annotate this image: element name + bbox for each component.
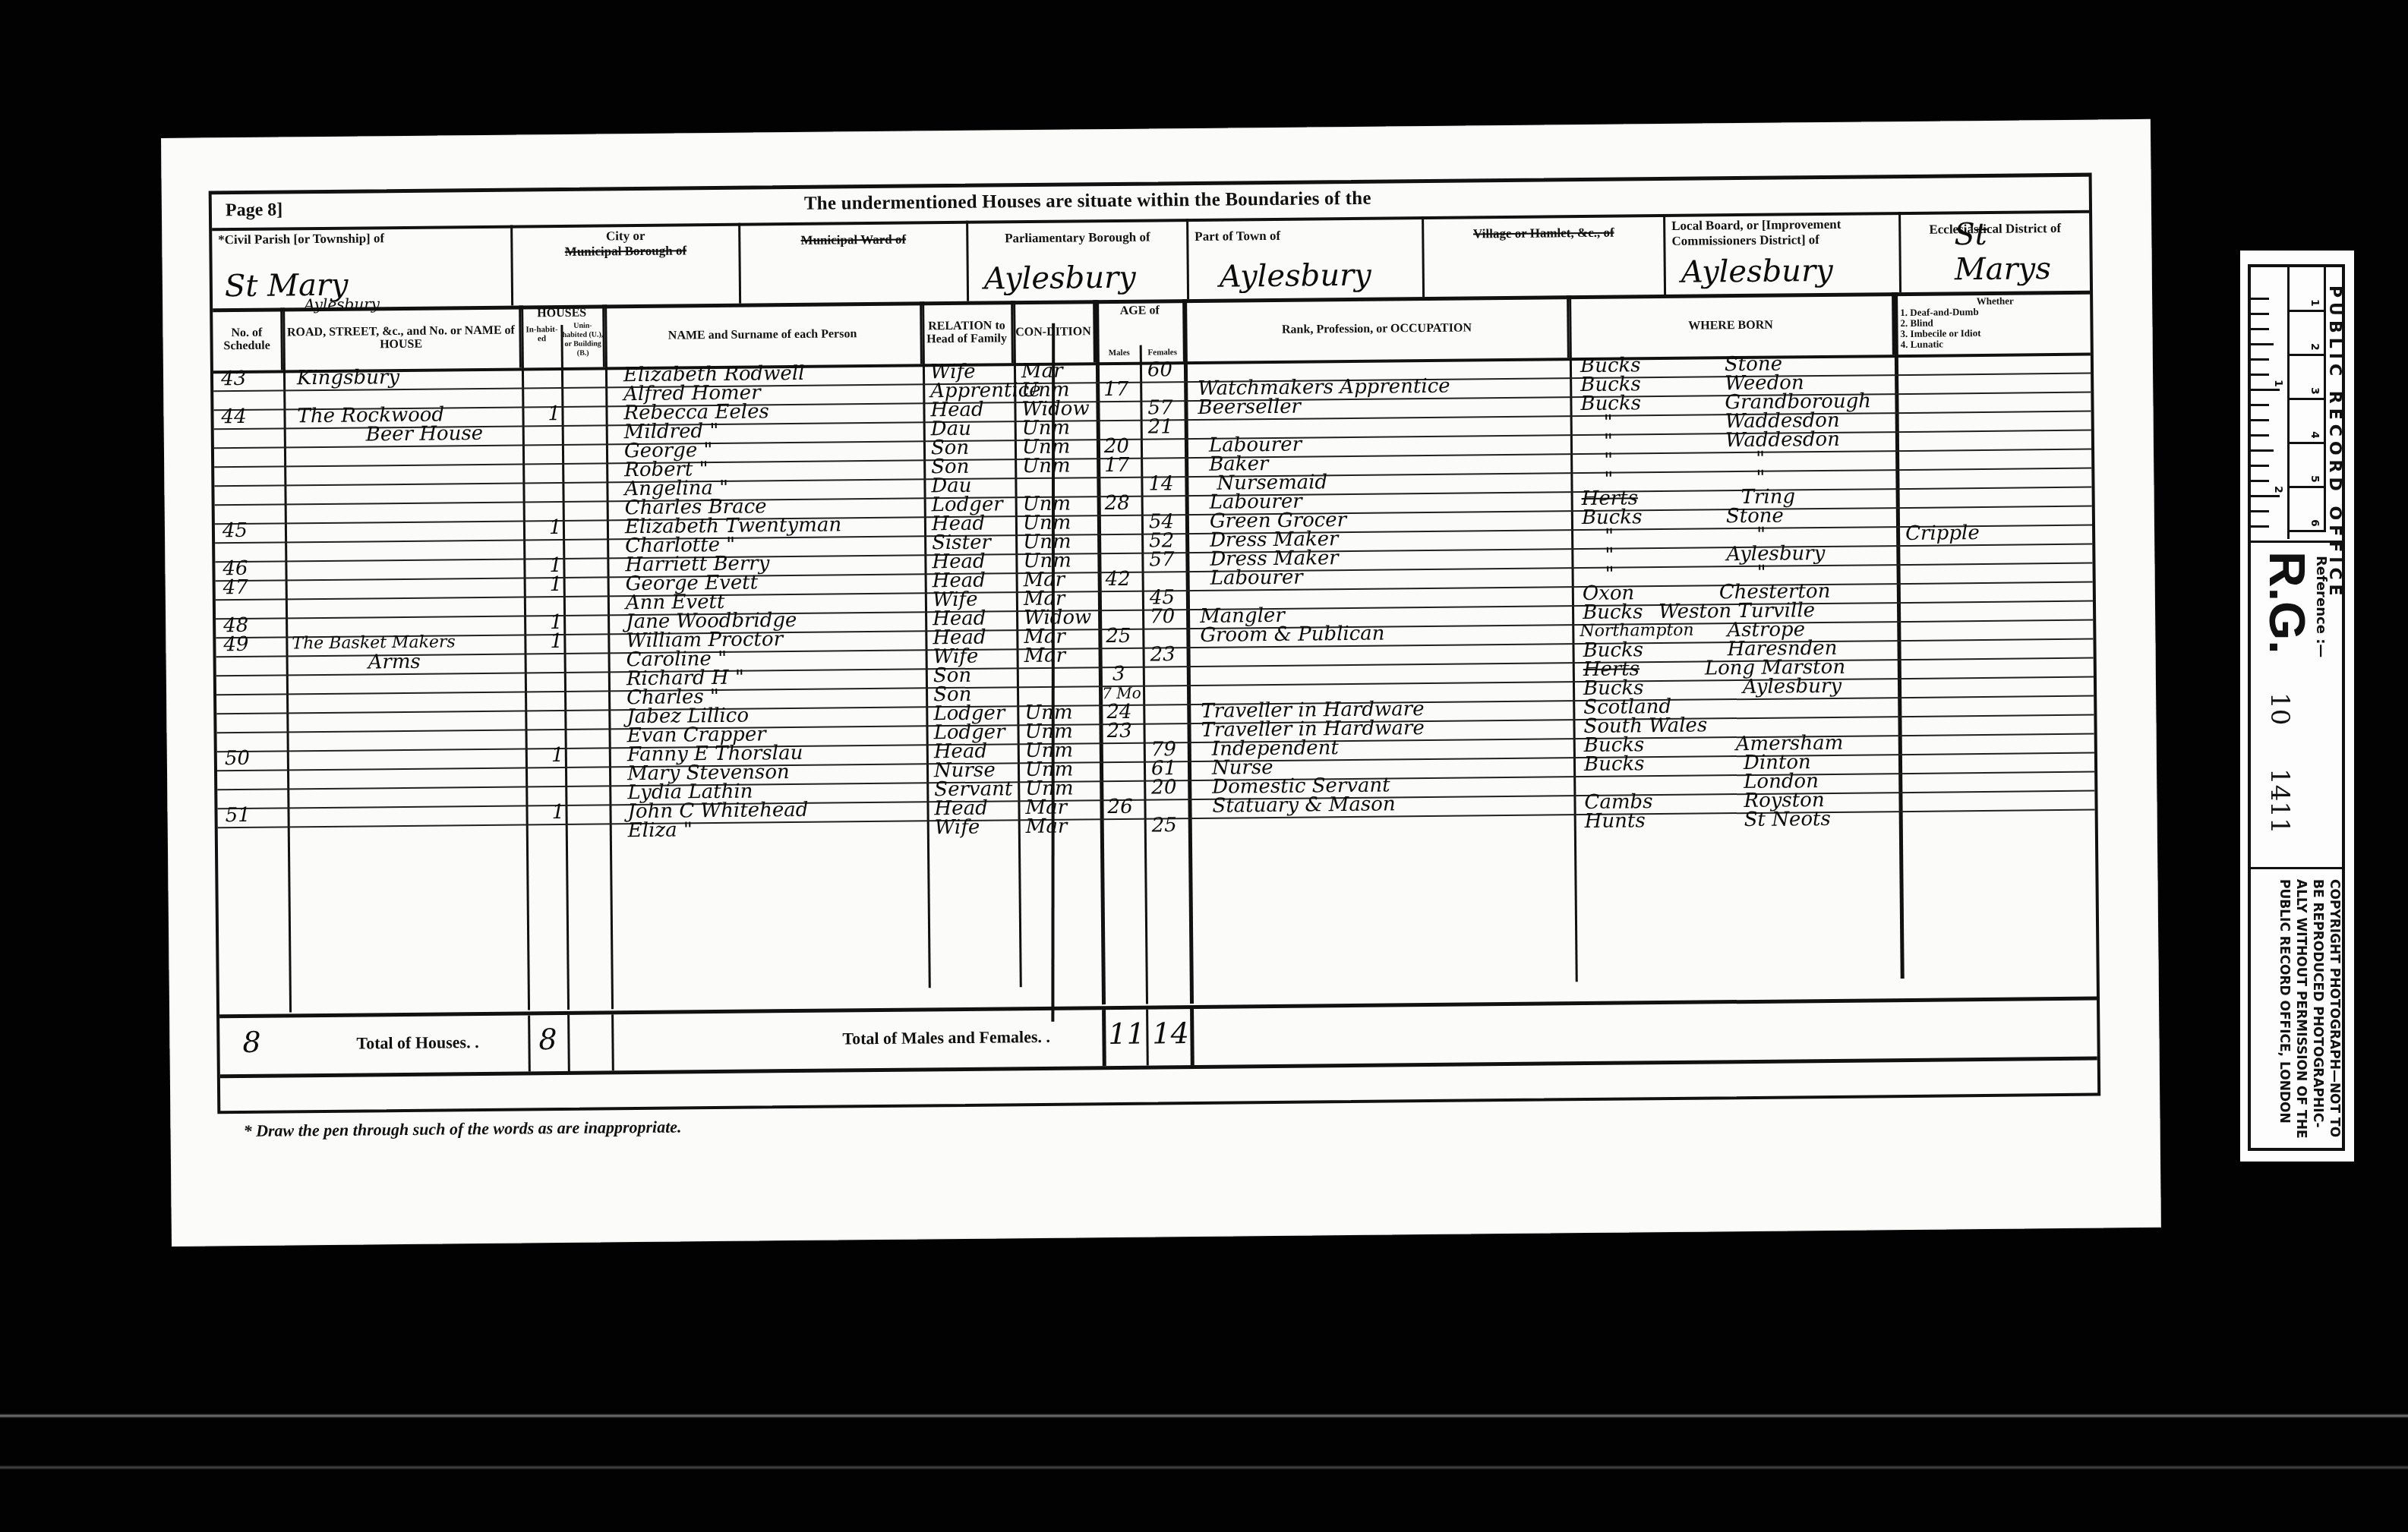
age-female: 20 — [1151, 776, 1176, 799]
municipal-borough-label: Municipal Borough of — [513, 243, 738, 260]
condition: Mar — [1026, 815, 1068, 839]
houses-label: HOUSES — [537, 307, 586, 320]
schedule-number: 49 — [223, 633, 248, 656]
record-class: R.G. — [2258, 551, 2316, 654]
road-name: Beer House — [366, 422, 484, 446]
ruler-box: 4 — [2289, 399, 2326, 444]
scan-artifact — [0, 1414, 2408, 1418]
ruler: 1 2 — [2251, 267, 2290, 539]
local-board-label-2: Commissioners District] of — [1671, 232, 1819, 248]
age-female: 14 — [1148, 472, 1173, 495]
occupation: Beerseller — [1198, 396, 1301, 419]
col-uninhabited: Unin-habited (U.), or Building (B.) — [562, 321, 603, 358]
pen-stroke — [1051, 323, 1055, 1022]
schedule-number: 43 — [221, 367, 246, 390]
divider — [2251, 867, 2342, 869]
inhabited-count: 1 — [551, 744, 564, 767]
schedule-number: 47 — [223, 576, 248, 599]
record-series: 10 — [2264, 692, 2295, 725]
infirmity-option-1: 1. Deaf-and-Dumb — [1900, 307, 1978, 318]
birth-county: Bucks — [1584, 752, 1645, 776]
occupation: Statuary & Mason — [1212, 793, 1395, 817]
person-name: Eliza " — [628, 818, 693, 842]
ruler-box: 5 — [2289, 443, 2326, 488]
col-where-born: WHERE BORN — [1569, 292, 1896, 358]
ruler-box: 6 — [2289, 487, 2326, 532]
age-male: 42 — [1105, 568, 1130, 591]
totals-row: 8 Total of Houses. . 8 Total of Males an… — [219, 997, 2097, 1079]
inch-mark: 1 — [2272, 380, 2284, 387]
col-condition: CON-DITION — [1013, 300, 1097, 363]
ruler-box: 1 — [2289, 267, 2326, 312]
civil-parish-field: *Civil Parish [or Township] of St Mary A… — [212, 225, 513, 309]
birth-parish: Stone — [1726, 505, 1784, 528]
household-rows: 43 Kingsbury Elizabeth Rodwell Wife Mar … — [213, 353, 2095, 846]
age-female: 21 — [1148, 415, 1173, 438]
village-field: Village or Hamlet, &c., of — [1424, 214, 1666, 297]
divider — [2251, 541, 2342, 543]
total-schedules: 8 — [242, 1026, 261, 1059]
local-board-value: Aylesbury — [1681, 254, 1833, 290]
office-title: PUBLIC RECORD OFFICE — [2325, 285, 2344, 601]
rule — [528, 1015, 531, 1071]
parliamentary-borough-field: Parliamentary Borough of Aylesbury — [968, 219, 1189, 301]
age-male: 17 — [1103, 378, 1128, 401]
infirmity: Cripple — [1905, 522, 1980, 545]
total-persons-label: Total of Males and Females. . — [842, 1027, 1050, 1049]
age-male: 25 — [1106, 625, 1131, 648]
copyright-notice: COPYRIGHT PHOTOGRAPH—NOT TO BE REPRODUCE… — [2257, 879, 2342, 1146]
age-male: 26 — [1107, 796, 1132, 818]
inhabited-count: 1 — [549, 516, 562, 539]
footnote: * Draw the pen through such of the words… — [243, 1117, 681, 1141]
birth-parish: Aylesbury — [1743, 675, 1842, 698]
age-female: 57 — [1149, 548, 1174, 571]
age-label: AGE of — [1120, 304, 1160, 317]
schedule-number: 45 — [222, 519, 248, 542]
condition: Mar — [1024, 645, 1065, 668]
ruler-box: 2 — [2289, 311, 2326, 356]
road-name: Kingsbury — [297, 366, 399, 389]
age-female: 23 — [1150, 643, 1175, 666]
relation: Wife — [935, 816, 980, 840]
col-inhabited: In-habit-ed — [522, 325, 560, 343]
town-label: Part of Town of — [1195, 229, 1280, 244]
total-males: 11 — [1108, 1017, 1145, 1051]
schedule-number: 44 — [221, 405, 246, 428]
inhabited-count: 1 — [548, 402, 560, 425]
col-occupation: Rank, Profession, or OCCUPATION — [1186, 295, 1570, 361]
ecclesiastical-district-value: St Marys — [1954, 216, 2090, 288]
birth-parish: Aylesbury — [1726, 542, 1825, 566]
inch-mark: 2 — [2272, 486, 2284, 493]
col-schedule: No. of Schedule — [213, 307, 283, 370]
occupation: Labourer — [1210, 566, 1302, 590]
age-female: 70 — [1150, 605, 1175, 628]
condition: Unm — [1022, 455, 1071, 478]
city-label: City or — [513, 228, 738, 244]
age-male: 23 — [1106, 720, 1131, 742]
rule — [611, 1014, 614, 1070]
age-male: 28 — [1105, 492, 1130, 515]
schedule-number: 51 — [225, 804, 250, 827]
inhabited-count: 1 — [550, 630, 563, 653]
total-houses: 8 — [538, 1023, 557, 1056]
col-infirmity: Whether 1. Deaf-and-Dumb 2. Blind 3. Imb… — [1895, 291, 2091, 355]
rule — [1102, 1010, 1106, 1066]
parliamentary-borough-value: Aylesbury — [984, 260, 1136, 297]
local-board-field: Local Board, or [Improvement Commissione… — [1665, 212, 1901, 295]
town-field: Part of Town of Aylesbury — [1188, 216, 1425, 299]
census-form: Page 8] The undermentioned Houses are si… — [209, 173, 2101, 1114]
census-sheet: Page 8] The undermentioned Houses are si… — [161, 119, 2161, 1247]
road-name: Arms — [368, 651, 420, 674]
infirmity-option-4: 4. Lunatic — [1901, 339, 1943, 350]
rule — [1146, 1010, 1149, 1066]
municipal-ward-label: Municipal Ward of — [740, 232, 966, 248]
schedule-number: 50 — [225, 747, 250, 770]
record-piece: 1411 — [2264, 768, 2295, 834]
col-females: Females — [1141, 348, 1184, 358]
inhabited-count: 1 — [551, 801, 564, 824]
birth-parish: Waddesdon — [1725, 428, 1840, 452]
reference-card-frame: 1 2 1 2 3 4 5 6 PUBLIC RECORD OFFICE Ref… — [2248, 264, 2345, 1151]
town-value: Aylesbury — [1220, 258, 1371, 295]
local-board-label-1: Local Board, or [Improvement — [1671, 217, 1841, 233]
municipal-ward-field: Municipal Ward of — [740, 221, 969, 304]
col-relation: RELATION to Head of Family — [922, 301, 1014, 364]
total-females: 14 — [1152, 1017, 1189, 1050]
col-males: Males — [1099, 348, 1140, 358]
age-female: 60 — [1147, 358, 1172, 381]
parliamentary-borough-label: Parliamentary Borough of — [968, 229, 1186, 246]
occupation: Groom & Publican — [1200, 623, 1384, 647]
rule — [1190, 1009, 1195, 1065]
municipal-borough-field: City or Municipal Borough of — [513, 223, 741, 306]
inhabited-count: 1 — [550, 573, 563, 596]
ecclesiastical-district-field: Ecclesiastical District of St Marys — [1901, 210, 2090, 292]
rule — [567, 1015, 570, 1071]
whether-label: Whether — [1977, 296, 2014, 307]
reference-card: 1 2 1 2 3 4 5 6 PUBLIC RECORD OFFICE Ref… — [2240, 251, 2354, 1162]
col-road: ROAD, STREET, &c., and No. or NAME of HO… — [282, 305, 522, 370]
birth-county: Hunts — [1585, 809, 1646, 833]
col-name: NAME and Surname of each Person — [604, 301, 923, 367]
boundaries-heading: The undermentioned Houses are situate wi… — [804, 188, 1371, 215]
village-label: Village or Hamlet, &c., of — [1424, 225, 1663, 241]
age-female: 25 — [1152, 814, 1177, 837]
total-houses-label: Total of Houses. . — [356, 1032, 478, 1054]
ruler-box: 3 — [2289, 355, 2326, 400]
scan-artifact — [0, 1465, 2408, 1470]
page-number: Page 8] — [226, 200, 283, 221]
age-male: 17 — [1104, 454, 1129, 477]
civil-parish-label: *Civil Parish [or Township] of — [218, 231, 384, 247]
birth-parish: St Neots — [1744, 808, 1831, 831]
